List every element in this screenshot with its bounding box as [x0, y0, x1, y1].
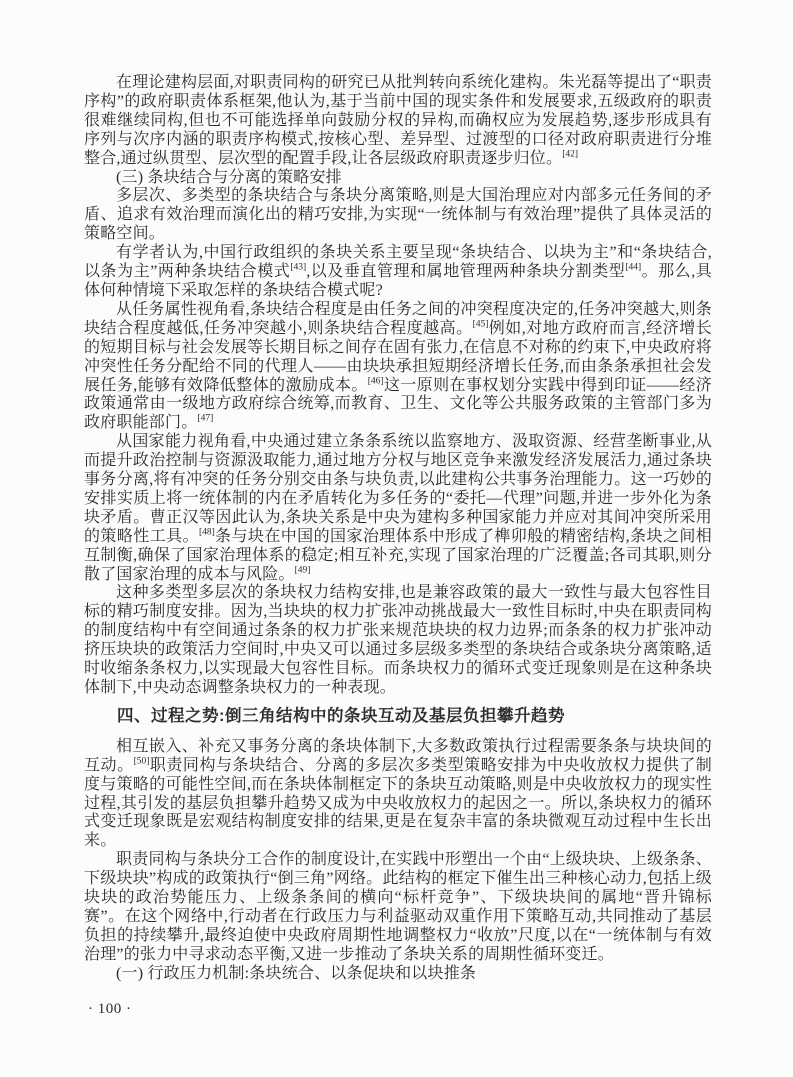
- paragraph: 职责同构与条块分工合作的制度设计,在实践中形塑出一个由“上级块块、上级条条、下级…: [84, 851, 712, 964]
- paragraph: 有学者认为,中国行政组织的条块关系主要呈现“条块结合、以块为主”和“条块结合,以…: [84, 244, 712, 301]
- footnote-ref: [42]: [562, 149, 578, 159]
- footnote-ref: [49]: [295, 565, 311, 575]
- paragraph: 多层次、多类型的条块结合与条块分离策略,则是大国治理应对内部多元任务间的矛盾、追…: [84, 187, 712, 244]
- body-text: 这种多类型多层次的条块权力结构安排,也是兼容政策的最大一致性与最大包容性目标的精…: [84, 584, 712, 696]
- footnote-ref: [50]: [134, 756, 150, 766]
- body-text: ,以及垂直管理和属地管理两种条块分割类型: [306, 263, 625, 280]
- footnote-ref: [48]: [199, 527, 215, 537]
- body-text: 职责同构与条块结合、分离的多层次多类型策略安排为中央收放权力提供了制度与策略的可…: [84, 757, 712, 850]
- subsection-heading: (三) 条块结合与分离的策略安排: [84, 169, 712, 188]
- paragraph: 相互嵌入、补充又事务分离的条块体制下,大多数政策执行过程需要条条与块块间的互动。…: [84, 738, 712, 851]
- paragraph: 这种多类型多层次的条块权力结构安排,也是兼容政策的最大一致性与最大包容性目标的精…: [84, 584, 712, 697]
- paragraph: 从国家能力视角看,中央通过建立条条系统以监察地方、汲取资源、经营垄断事业,从而提…: [84, 433, 712, 584]
- body-text: 职责同构与条块分工合作的制度设计,在实践中形塑出一个由“上级块块、上级条条、下级…: [84, 851, 712, 963]
- body-text: (一) 行政压力机制:条块统合、以条促块和以块推条: [116, 965, 476, 982]
- body-text: 在理论建构层面,对职责同构的研究已从批判转向系统化建构。朱光磊等提出了“职责序构…: [84, 74, 712, 167]
- subsection-heading: (一) 行政压力机制:条块统合、以条促块和以块推条: [84, 965, 712, 984]
- document-page: 在理论建构层面,对职责同构的研究已从批判转向系统化建构。朱光磊等提出了“职责序构…: [0, 0, 793, 1077]
- footnote-ref: [47]: [197, 414, 213, 424]
- paragraph: 从任务属性视角看,条块结合程度是由任务之间的冲突程度决定的,任务冲突越大,则条块…: [84, 301, 712, 433]
- body-text: 多层次、多类型的条块结合与条块分离策略,则是大国治理应对内部多元任务间的矛盾、追…: [84, 187, 712, 242]
- footnote-ref: [45]: [473, 319, 489, 329]
- footnote-ref: [43]: [290, 263, 306, 273]
- paragraph: 在理论建构层面,对职责同构的研究已从批判转向系统化建构。朱光磊等提出了“职责序构…: [84, 74, 712, 169]
- page-number: · 100 ·: [88, 1001, 132, 1018]
- body-text: (三) 条块结合与分离的策略安排: [116, 169, 342, 186]
- footnote-ref: [46]: [368, 376, 384, 386]
- section-heading: 四、过程之势:倒三角结构中的条块互动及基层负担攀升趋势: [84, 707, 712, 726]
- text-block: 在理论建构层面,对职责同构的研究已从批判转向系统化建构。朱光磊等提出了“职责序构…: [84, 74, 712, 984]
- body-text: 四、过程之势:倒三角结构中的条块互动及基层负担攀升趋势: [117, 707, 565, 725]
- footnote-ref: [44]: [625, 263, 641, 273]
